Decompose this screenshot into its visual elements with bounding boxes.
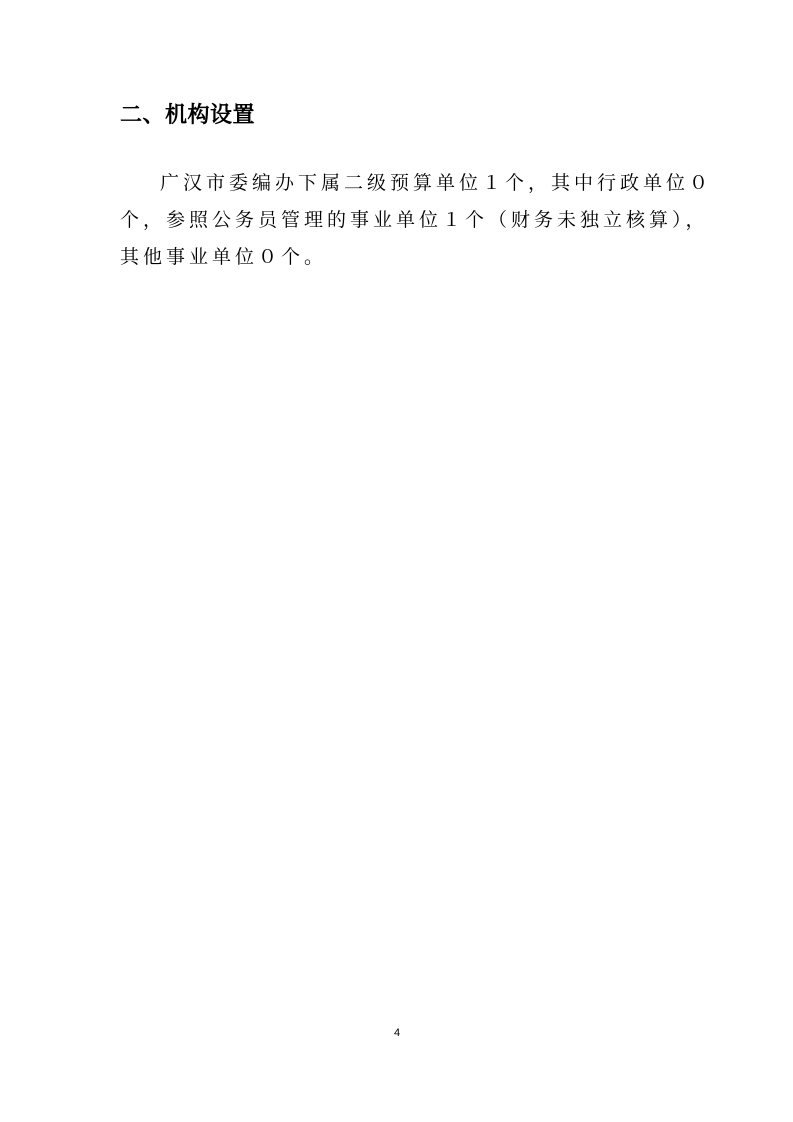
- section-heading: 二、机构设置: [120, 101, 255, 131]
- page-number: 4: [390, 1026, 404, 1040]
- paragraph-line: 个，参照公务员管理的事业单位１个（财务未独立核算），: [120, 202, 680, 239]
- paragraph-line: 广汉市委编办下属二级预算单位１个，其中行政单位０: [120, 165, 680, 202]
- body-paragraph: 广汉市委编办下属二级预算单位１个，其中行政单位０ 个，参照公务员管理的事业单位１…: [120, 165, 680, 276]
- paragraph-line: 其他事业单位０个。: [120, 239, 680, 276]
- document-page: 二、机构设置 广汉市委编办下属二级预算单位１个，其中行政单位０ 个，参照公务员管…: [0, 0, 793, 1122]
